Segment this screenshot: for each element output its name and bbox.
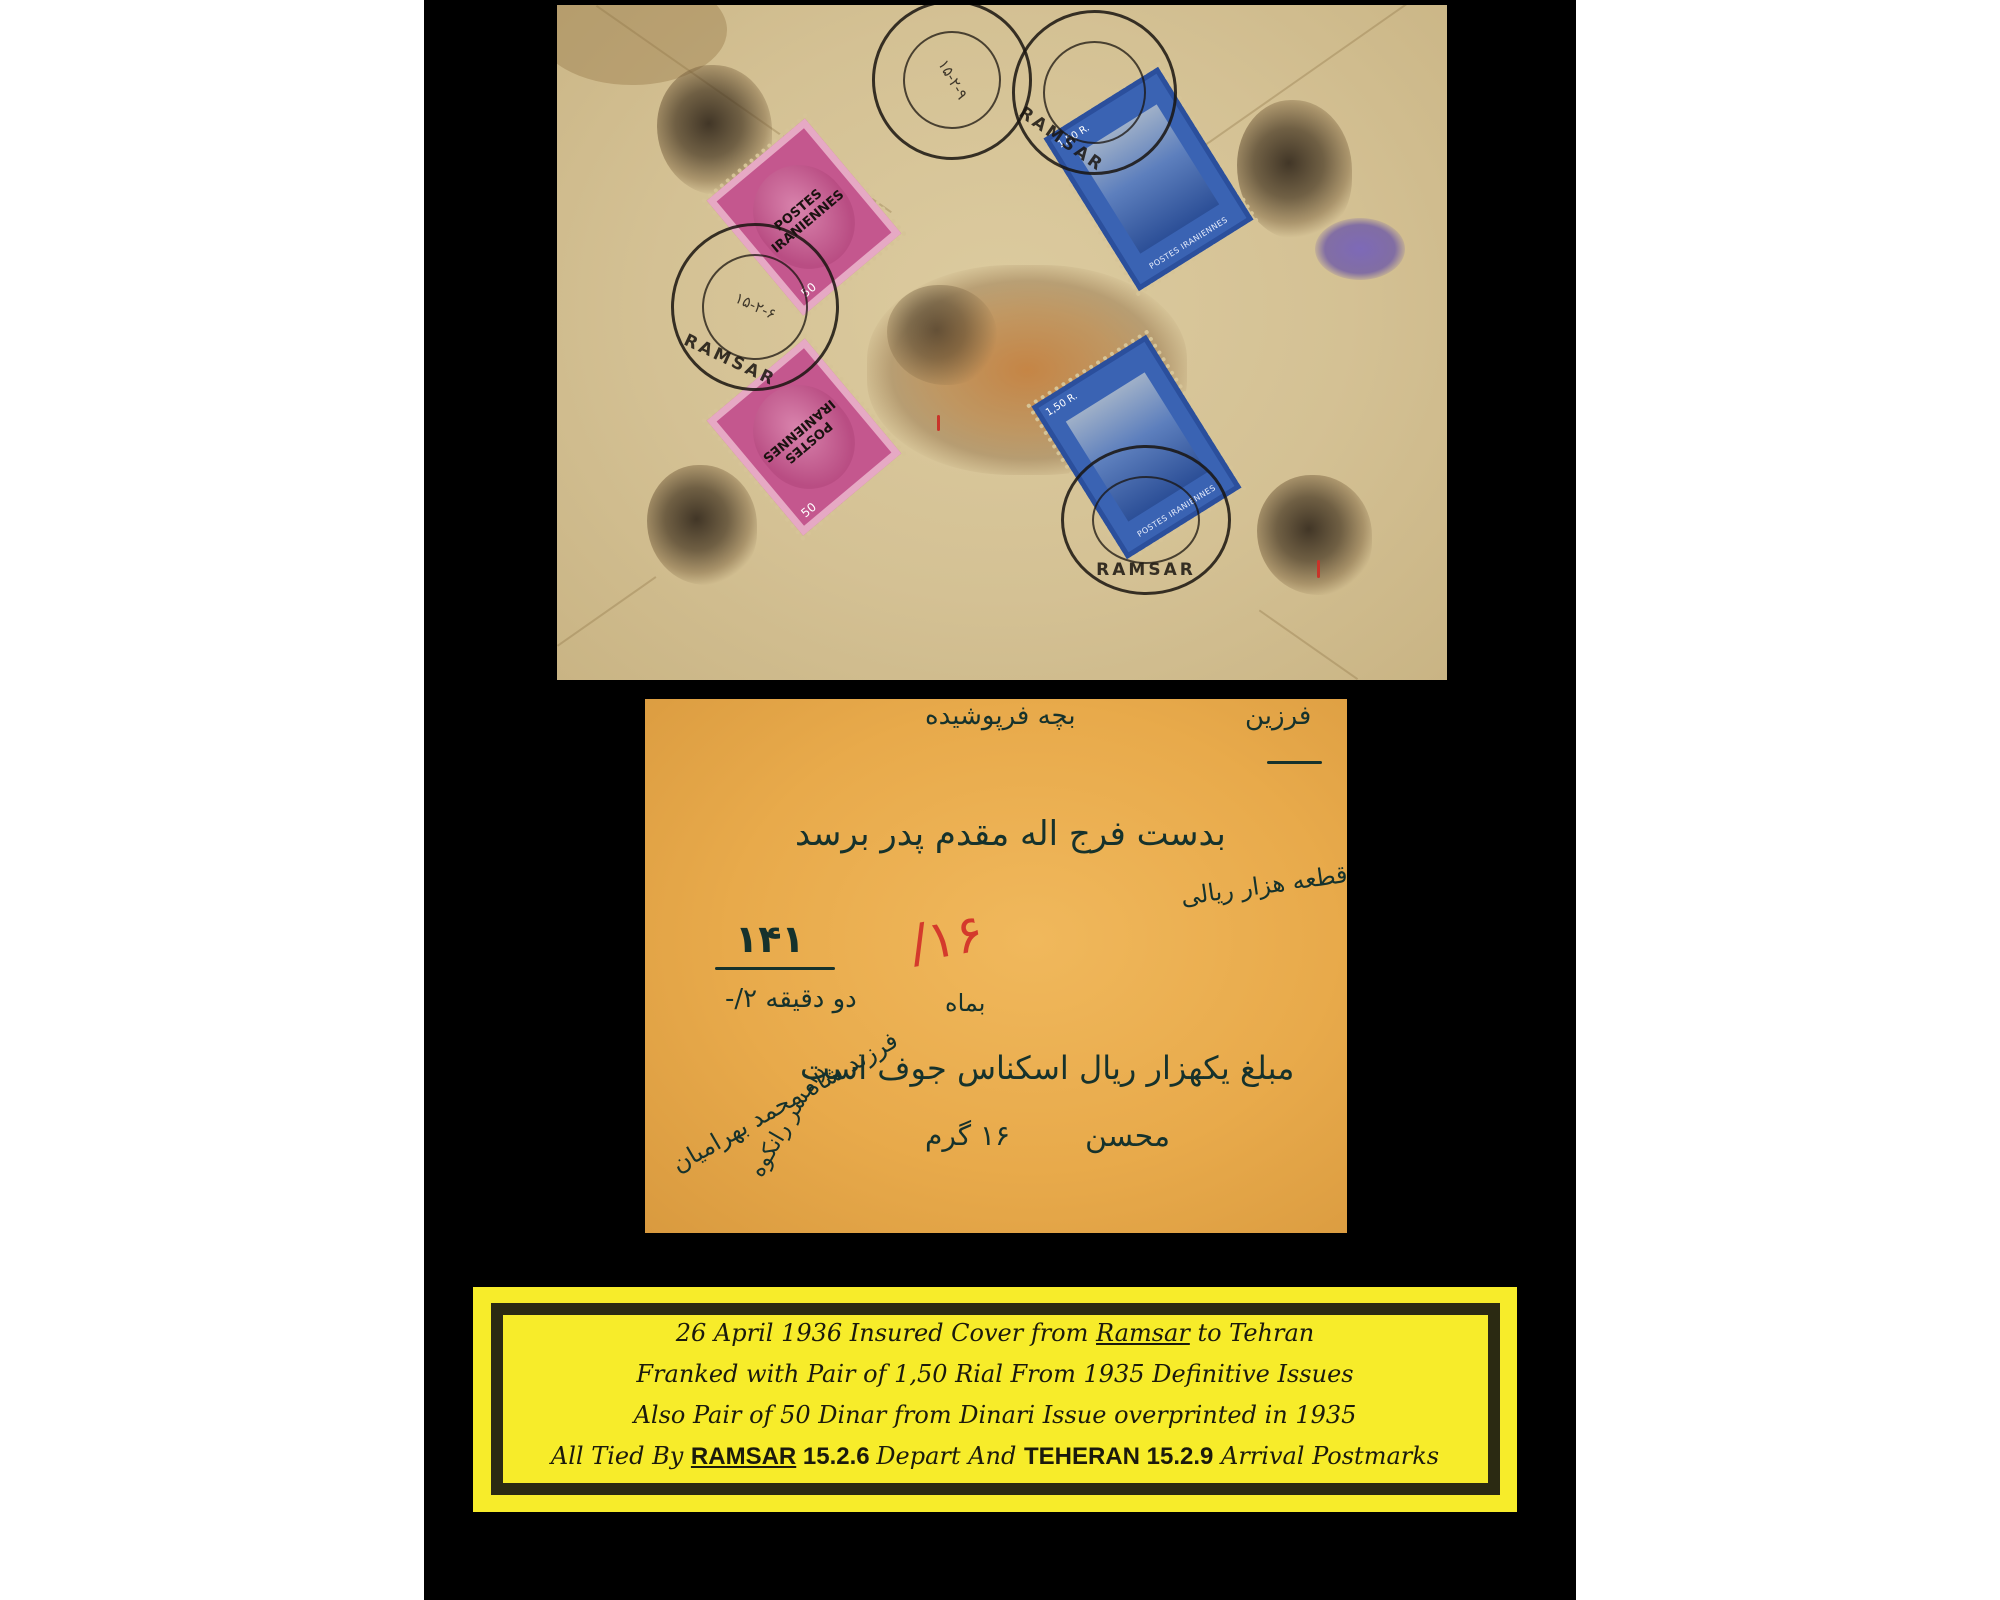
purple-oval-seal-icon xyxy=(1315,218,1405,280)
receipt-month: بماه xyxy=(945,989,985,1017)
caption-label: 26 April 1936 Insured Cover from Ramsar … xyxy=(473,1287,1517,1512)
envelope-back: POSTES IRANIENNES 50 POSTES IRANIENNES 5… xyxy=(557,5,1447,680)
caption-line-4: All Tied By RAMSAR 15.2.6 Depart And TEH… xyxy=(473,1442,1517,1471)
stamp-value: 1,50 R. xyxy=(1044,391,1080,419)
receipt-number: ۱۴۱ xyxy=(735,917,805,961)
postmark-town: RAMSAR xyxy=(1064,560,1228,580)
bracket-stroke xyxy=(715,967,835,970)
caption-arrival: TEHERAN 15.2.9 xyxy=(1024,1443,1213,1470)
caption-origin: Ramsar xyxy=(1096,1319,1190,1347)
receipt-red-mark: ۱۶/ xyxy=(905,903,988,975)
caption-depart-town: RAMSAR xyxy=(691,1443,796,1470)
stamp-value: 50 xyxy=(798,500,819,521)
fingerprint-seal xyxy=(1257,475,1372,595)
receipt-address: بدست فرج اله مقدم پدر برسد xyxy=(795,814,1226,854)
receipt-weight: دو دقیقه ۲/- xyxy=(725,984,857,1014)
caption-line-1: 26 April 1936 Insured Cover from Ramsar … xyxy=(473,1319,1517,1347)
insurance-receipt: بچه فرپوشیده فرزین بدست فرج اله مقدم پدر… xyxy=(645,699,1347,1233)
receipt-grams: ۱۶ گرم xyxy=(925,1119,1010,1152)
receipt-item: یک قطعه هزار ریالی xyxy=(1179,855,1347,911)
caption-line-3: Also Pair of 50 Dinar from Dinari Issue … xyxy=(473,1401,1517,1429)
flap-crease xyxy=(557,576,656,646)
receipt-text-top-right: فرزین xyxy=(1245,701,1311,731)
postmark-ramsar: RAMSAR xyxy=(1061,445,1231,595)
fingerprint-seal xyxy=(1237,100,1352,240)
receipt-text-top-left: بچه فرپوشیده xyxy=(925,701,1076,731)
fingerprint-seal xyxy=(647,465,757,585)
underline-stroke xyxy=(1267,761,1322,764)
caption-line-2: Franked with Pair of 1,50 Rial From 1935… xyxy=(473,1360,1517,1388)
receipt-signature: محسن xyxy=(1085,1119,1170,1154)
red-ink-mark xyxy=(937,415,940,431)
flap-crease xyxy=(1259,610,1358,680)
red-ink-mark xyxy=(1317,560,1320,578)
